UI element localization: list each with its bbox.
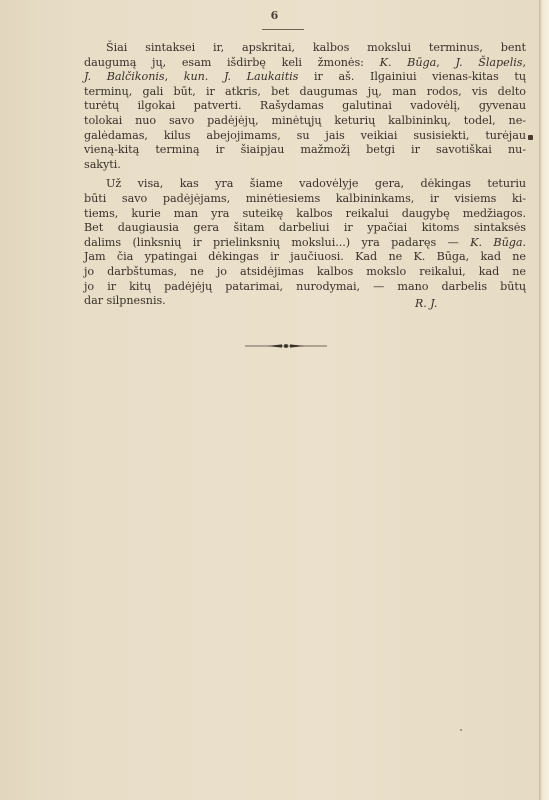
paper-speck xyxy=(460,729,462,731)
preface-text: Šiai sintaksei ir, apskritai, kalbos mok… xyxy=(84,41,526,309)
text-line: galėdamas, kilus abejojimams, su jais ve… xyxy=(84,129,526,144)
paragraph-2: Už visa, kas yra šiame vadovėlyje gera, … xyxy=(84,177,526,308)
text-line: Jam čia ypatingai dėkingas ir jaučiuosi.… xyxy=(84,250,526,265)
author-signature: R. J. xyxy=(415,297,437,310)
text-line: tolokai nuo savo padėjėjų, minėtųjų ketu… xyxy=(84,114,526,129)
text-line: jo darbštumas, ne jo atsidėjimas kalbos … xyxy=(84,265,526,280)
text-line: turėtų ilgokai patverti. Rašydamas galut… xyxy=(84,99,526,114)
margin-mark xyxy=(528,135,533,140)
ornament-divider xyxy=(245,343,327,349)
text-line: Už visa, kas yra šiame vadovėlyje gera, … xyxy=(84,177,526,192)
text-line: dalims (linksnių ir prielinksnių mokslui… xyxy=(84,236,526,251)
text-line: J. Balčikonis, kun. J. Laukaitis ir aš. … xyxy=(84,70,526,85)
paragraph-1: Šiai sintaksei ir, apskritai, kalbos mok… xyxy=(84,41,526,172)
text-line: terminų, gali būt, ir atkris, bet daugum… xyxy=(84,85,526,100)
text-line: Šiai sintaksei ir, apskritai, kalbos mok… xyxy=(84,41,526,56)
text-line: vieną-kitą terminą ir šiaipjau mažmožį b… xyxy=(84,143,526,158)
page-edge xyxy=(539,0,549,800)
text-line: sakyti. xyxy=(84,158,526,173)
text-line: tiems, kurie man yra suteikę kalbos reik… xyxy=(84,207,526,222)
page-number-underline xyxy=(262,29,304,30)
text-line: daugumą jų, esam išdirbę keli žmonės: K.… xyxy=(84,56,526,71)
text-line: Bet daugiausia gera šitam darbeliui ir y… xyxy=(84,221,526,236)
text-line: dar silpnesnis. xyxy=(84,294,526,309)
text-line: būti savo padėjėjams, minėtiesiems kalbi… xyxy=(84,192,526,207)
text-line: jo ir kitų padėjėjų patarimai, nurodymai… xyxy=(84,280,526,295)
page-number: 6 xyxy=(0,9,549,22)
book-page: 6 Šiai sintaksei ir, apskritai, kalbos m… xyxy=(0,0,540,800)
